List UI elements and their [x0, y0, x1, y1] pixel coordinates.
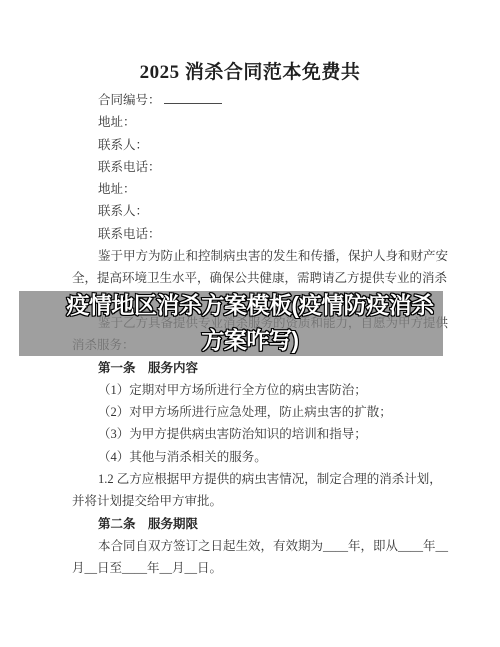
doc-line: 本合同自双方签订之日起生效，有效期为____年，即从____年__	[72, 535, 434, 557]
doc-line: 1.2 乙方应根据甲方提供的病虫害情况，制定合理的消杀计划，	[72, 468, 434, 490]
section-heading-1: 第一条 服务内容	[72, 357, 434, 379]
doc-line: （1）定期对甲方场所进行全方位的病虫害防治；	[72, 379, 434, 401]
doc-line: （4）其他与消杀相关的服务。	[72, 446, 434, 468]
doc-line: 联系人：	[72, 200, 434, 222]
contract-number-line: 合同编号：	[72, 89, 434, 111]
doc-line: 鉴于甲方为防止和控制病虫害的发生和传播，保护人身和财产安	[72, 245, 434, 267]
contract-number-blank	[164, 91, 222, 104]
document-page: 2025 消杀合同范本免费共 合同编号： 地址： 联系人： 联系电话： 地址： …	[0, 0, 500, 647]
watermark-caption-line2: 方案咋写)	[0, 323, 500, 358]
doc-line: 地址：	[72, 178, 434, 200]
doc-line: 全，提高环境卫生水平，确保公共健康，需聘请乙方提供专业的消杀	[72, 267, 434, 289]
doc-line: （3）为甲方提供病虫害防治知识的培训和指导；	[72, 423, 434, 445]
doc-line: 联系电话：	[72, 223, 434, 245]
doc-line: 月__日至____年__月__日。	[72, 557, 434, 579]
doc-line: 联系人：	[72, 134, 434, 156]
doc-line: 并将计划提交给甲方审批。	[72, 490, 434, 512]
doc-line: 联系电话：	[72, 156, 434, 178]
doc-line: （2）对甲方场所进行应急处理，防止病虫害的扩散；	[72, 401, 434, 423]
contract-number-label: 合同编号：	[98, 93, 161, 107]
section-heading-2: 第二条 服务期限	[72, 513, 434, 535]
doc-line: 地址：	[72, 111, 434, 133]
doc-title: 2025 消杀合同范本免费共	[0, 57, 500, 84]
watermark-caption-line1: 疫情地区消杀方案模板(疫情防疫消杀	[0, 288, 500, 323]
watermark-caption: 疫情地区消杀方案模板(疫情防疫消杀 方案咋写)	[0, 288, 500, 358]
